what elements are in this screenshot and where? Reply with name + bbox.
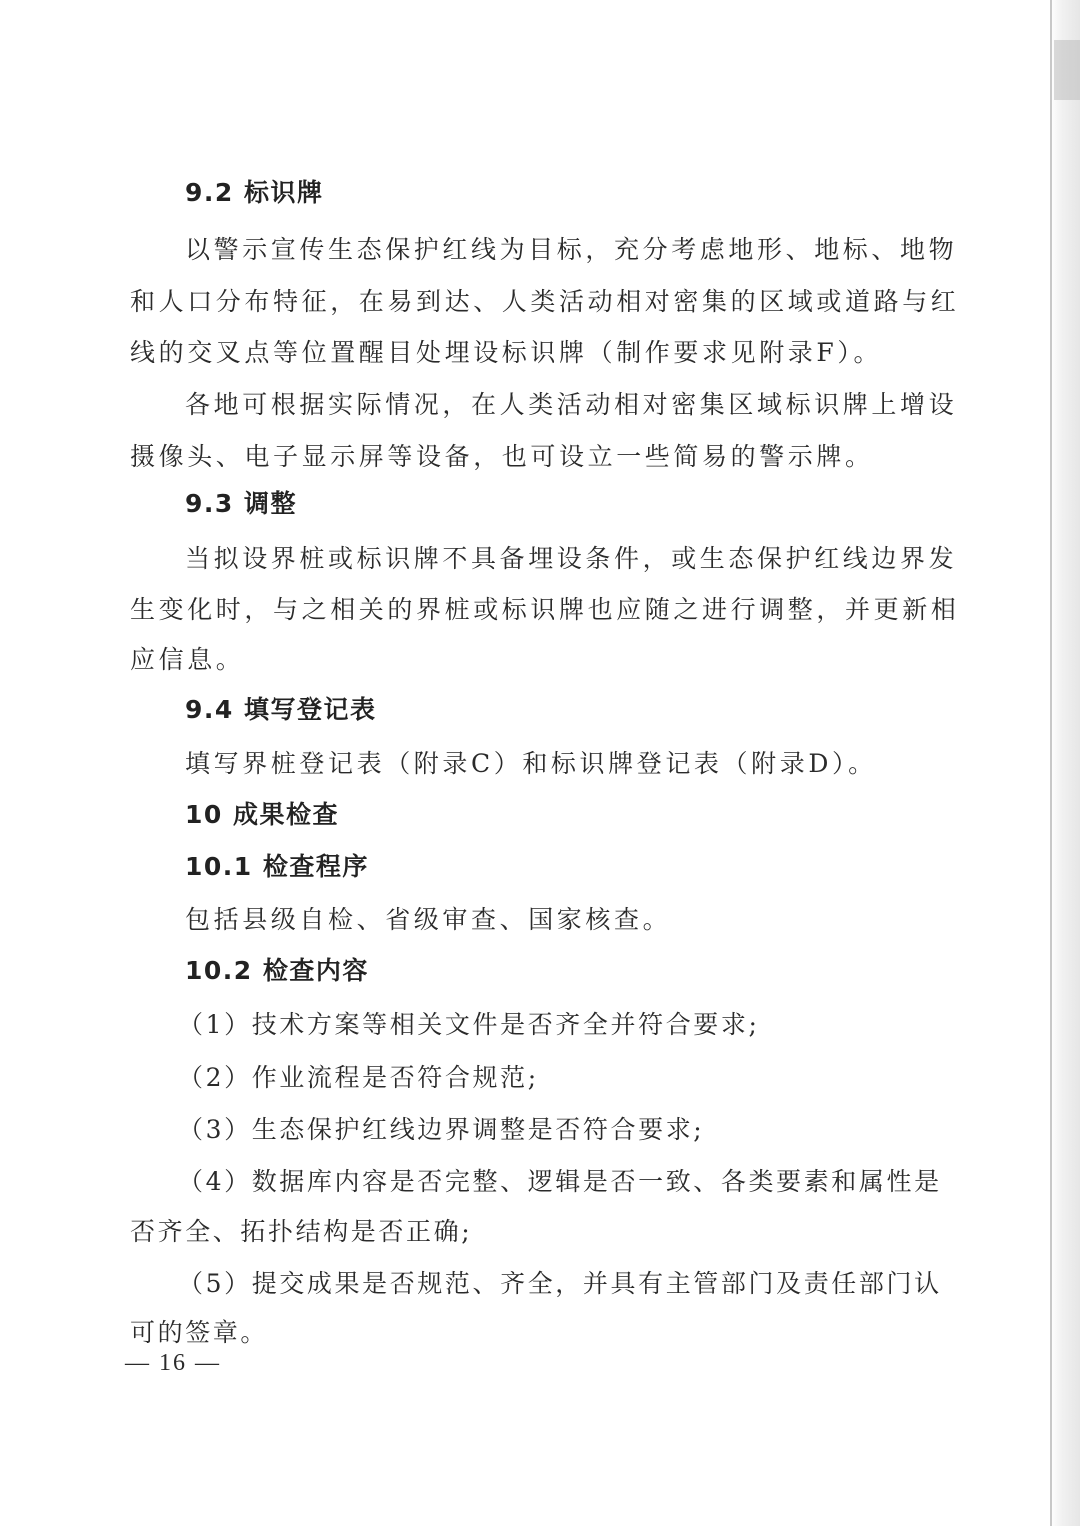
page-number: — 16 — [125, 1350, 221, 1377]
paragraph-line: 线的交叉点等位置醒目处埋设标识牌（制作要求见附录F）。 [130, 336, 882, 370]
paragraph-line: 包括县级自检、省级审查、国家核查。 [185, 903, 671, 937]
section-heading-9-4: 9.4 填写登记表 [185, 693, 377, 727]
list-item: （4）数据库内容是否完整、逻辑是否一致、各类要素和属性是 [178, 1165, 942, 1199]
paragraph-line: 生变化时，与之相关的界桩或标识牌也应随之进行调整，并更新相 [130, 593, 959, 627]
section-heading-10-2: 10.2 检查内容 [185, 954, 369, 988]
scan-edge-line [1050, 0, 1052, 1526]
paragraph-line: 当拟设界桩或标识牌不具备埋设条件，或生态保护红线边界发 [185, 542, 957, 576]
paragraph-line: 和人口分布特征，在易到达、人类活动相对密集的区域或道路与红 [130, 285, 959, 319]
list-item: （3）生态保护红线边界调整是否符合要求; [178, 1113, 704, 1147]
section-heading-9-2: 9.2 标识牌 [185, 176, 324, 210]
paragraph-line: 各地可根据实际情况，在人类活动相对密集区域标识牌上增设 [185, 388, 957, 422]
list-item-continuation: 否齐全、拓扑结构是否正确; [130, 1215, 472, 1249]
scan-page-edge [1050, 0, 1080, 1526]
list-item: （2）作业流程是否符合规范; [178, 1061, 539, 1095]
section-heading-10-1: 10.1 检查程序 [185, 850, 369, 884]
list-item: （1）技术方案等相关文件是否齐全并符合要求; [178, 1008, 760, 1042]
scan-edge-shadow [1054, 40, 1080, 100]
list-item: （5）提交成果是否规范、齐全，并具有主管部门及责任部门认 [178, 1267, 942, 1301]
paragraph-line: 填写界桩登记表（附录C）和标识牌登记表（附录D）。 [185, 747, 877, 781]
paragraph-line: 以警示宣传生态保护红线为目标，充分考虑地形、地标、地物 [185, 233, 957, 267]
section-heading-10: 10 成果检查 [185, 798, 339, 832]
list-item-continuation: 可的签章。 [130, 1316, 268, 1350]
section-heading-9-3: 9.3 调整 [185, 487, 297, 521]
paragraph-line: 应信息。 [130, 643, 244, 677]
paragraph-line: 摄像头、电子显示屏等设备，也可设立一些简易的警示牌。 [130, 440, 874, 474]
